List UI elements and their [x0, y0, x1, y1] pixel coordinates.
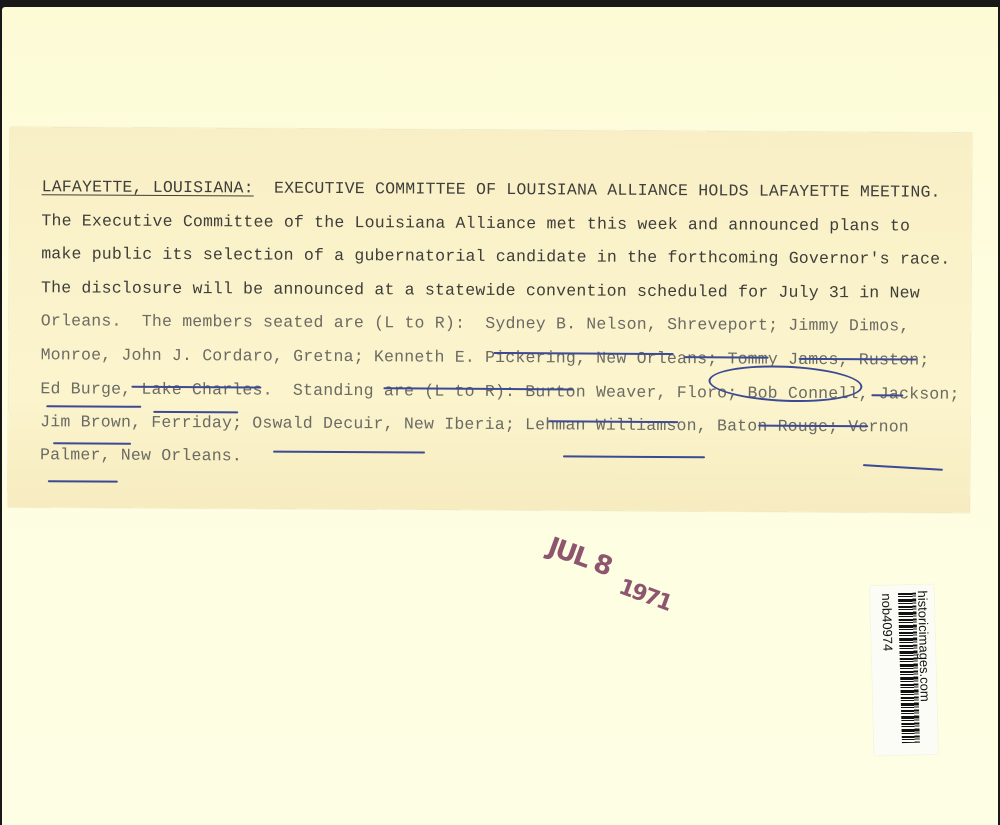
- caption-headline: EXECUTIVE COMMITTEE OF LOUISIANA ALLIANC…: [274, 179, 941, 202]
- ink-underline: [871, 394, 903, 396]
- ink-underline: [48, 480, 118, 482]
- caption-line: Orleans. The members seated are (L to R)…: [41, 311, 910, 335]
- barcode-code-text: nob40974: [879, 593, 896, 651]
- caption-location: LAFAYETTE, LOUISIANA:: [42, 177, 254, 197]
- caption-line: The Executive Committee of the Louisiana…: [41, 211, 910, 235]
- ink-underline: [46, 405, 141, 408]
- caption-line: The disclosure will be announced at a st…: [41, 278, 920, 302]
- caption-line: make public its selection of a gubernato…: [41, 244, 950, 269]
- ink-underline: [273, 451, 425, 454]
- ink-underline: [563, 455, 705, 458]
- caption-line: Palmer, New Orleans.: [40, 445, 242, 465]
- ink-underline: [863, 464, 943, 471]
- barcode-label: historicimages.com nob40974: [870, 584, 938, 756]
- caption-clipping: LAFAYETTE, LOUISIANA: EXECUTIVE COMMITTE…: [8, 127, 972, 513]
- caption-headline-line: LAFAYETTE, LOUISIANA: EXECUTIVE COMMITTE…: [42, 177, 941, 201]
